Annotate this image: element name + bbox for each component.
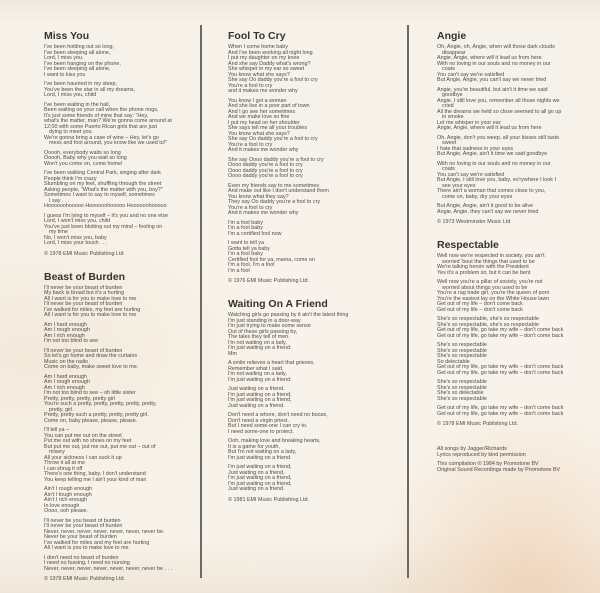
lyric-stanza: I'll never be your beast of burdenMy bac… (44, 286, 194, 319)
lyric-stanza: With no loving in our souls and no money… (437, 162, 597, 201)
lyric-line: I want to kiss you (44, 73, 194, 79)
lyric-line: But Angie, Angie, you can't say we never… (437, 78, 597, 84)
song-block: Waiting On A FriendWatching girls go pas… (228, 298, 393, 503)
lyric-line: Lord, I miss your touch . . . (44, 241, 194, 247)
lyric-line: I'm a certified fool now (228, 232, 393, 238)
lyric-stanza: She's so respectable, she's so respectab… (437, 317, 597, 339)
lyric-line: Get out of my life, go take my wife – do… (437, 371, 597, 377)
lyric-line: Come on, baby please, please, please. (44, 419, 194, 425)
lyric-stanza: I've been walking Central Park, singing … (44, 171, 194, 210)
song-title: Respectable (437, 239, 597, 251)
lyric-line: You keep telling me I ain't your kind of… (44, 478, 194, 484)
lyric-line: All I want is for you to make love to me (44, 313, 194, 319)
lyric-stanza: Ooh, making love and breaking hearts,It … (228, 439, 393, 461)
lyric-stanza: I've been haunted in my sleep,You've bee… (44, 82, 194, 99)
lyric-line: Come on baby, make sweet love to me. (44, 365, 194, 371)
lyric-stanza: I've been holding out so long,I've been … (44, 45, 194, 78)
lyric-line: and it makes me wonder why (228, 89, 393, 95)
lyric-stanza: But Angie, Angie, ain't it good to be al… (437, 204, 597, 215)
column-divider (407, 25, 409, 578)
credits-paragraph: This compilation ℗ 1984 by Promotone BVO… (437, 462, 597, 473)
lyric-stanza: I guess I'm lying to myself – it's you a… (44, 214, 194, 247)
credits-line: Lyrics reproduced by kind permission (437, 453, 597, 459)
lyric-line: Just waiting on a friend. (228, 487, 393, 493)
lyric-stanza: Just waiting on a friend.I'm just waitin… (228, 387, 393, 409)
lyric-line: Angie, Angie, they can't say we never tr… (437, 210, 597, 216)
lyric-stanza: Ooooh, everybody waits so longOoooh, Bab… (44, 151, 194, 168)
lyric-line: I need some-one to protect. (228, 430, 393, 436)
lyric-line: I'm just waiting on a friend. (228, 456, 393, 462)
lyric-stanza: A smile relieves a heart that grieves,Re… (228, 361, 393, 383)
lyric-stanza: When I come home babyAnd I've been worki… (228, 45, 393, 95)
lyric-stanza: Oh, Angie, oh, Angie, when will those da… (437, 45, 597, 84)
song-block: Miss YouI've been holding out so long,I'… (44, 30, 194, 257)
column-divider (200, 25, 202, 578)
lyric-stanza: Ain't I rough enoughAin't I tough enough… (44, 487, 194, 515)
song-title: Waiting On A Friend (228, 298, 393, 310)
lyric-stanza: She's so respectableShe's so respectable… (437, 343, 597, 376)
song-title: Beast of Burden (44, 271, 194, 283)
lyric-line: Angie, Angie, where will it lead us from… (437, 126, 597, 132)
lyric-line: Oooo daddy you're a fool to cry (228, 174, 393, 180)
lyric-line: I'm just waiting on a friend. (228, 378, 393, 384)
lyric-stanza: Am I hard enoughAm I rough enoughAm I ri… (44, 323, 194, 345)
lyric-line: Never, never, never, never, never, never… (44, 567, 194, 573)
copyright-notice: © 1976 EMI Music Publishing Ltd. (228, 278, 393, 284)
lyric-line: Lord, I miss you, child (44, 93, 194, 99)
lyric-line: come on, baby, dry your eyes (437, 195, 597, 201)
copyright-notice: © 1981 EMI Music Publishing Ltd. (228, 497, 393, 503)
lyric-stanza: I'm a fool babyI'm a fool babyI'm a cert… (228, 221, 393, 238)
lyric-stanza: Watching girls go passing by it ain't th… (228, 313, 393, 357)
copyright-notice: © 1973 Westminster Music Ltd (437, 219, 597, 225)
lyric-stanza: Don't need a whore, don't need no booze,… (228, 413, 393, 435)
lyric-stanza: Oh, Angie, don't you weep, all your kiss… (437, 136, 597, 158)
lyric-line: All I want is you to make love to me. (44, 546, 194, 552)
lyric-stanza: I'm just waiting on a friend,Just waitin… (228, 465, 393, 493)
credits-paragraph: All songs by Jagger/RichardsLyrics repro… (437, 447, 597, 458)
song-block: RespectableWell now we're respected in s… (437, 239, 597, 427)
lyric-stanza: Am I hard enoughAm I rough enoughAm I ri… (44, 375, 194, 425)
lyric-line: Get out of my life, go take my wife – do… (437, 334, 597, 340)
lyric-stanza: I've been waiting in the hall,Been waiti… (44, 103, 194, 147)
column-2: Fool To CryWhen I come home babyAnd I've… (228, 30, 393, 517)
lyric-line: Mm (228, 352, 393, 358)
lyric-line: Yes it's a problem sir, but it can be be… (437, 271, 597, 277)
credits-line: Original Sound Recordings made by Promot… (437, 468, 597, 474)
lyric-stanza: She's so respectableShe's so respectable… (437, 380, 597, 402)
lyric-stanza: Get out of my life, go take my wife – do… (437, 406, 597, 417)
lyric-stanza: Angie, you're beautiful, but ain't it ti… (437, 88, 597, 132)
song-block: Beast of BurdenI'll never be your beast … (44, 271, 194, 583)
copyright-notice: © 1978 EMI Music Publishing Ltd. (437, 421, 597, 427)
lyric-stanza: Well now you're a pillar of society, you… (437, 280, 597, 313)
lyric-stanza: I don't need no beast of burdenI need no… (44, 556, 194, 573)
lyric-stanza: You know I got a womanAnd she live in a … (228, 99, 393, 154)
lyric-line: Won't you come on, come home! (44, 162, 194, 168)
lyric-stanza: I'll never be you beast of burdenI'll ne… (44, 519, 194, 552)
song-block: Fool To CryWhen I come home babyAnd I've… (228, 30, 393, 284)
lyric-stanza: Even my friends say to me sometimesAnd m… (228, 184, 393, 217)
lyric-line: And it makes me wonder why (228, 148, 393, 154)
lyric-stanza: She say Oooo daddy you're a fool to cryO… (228, 158, 393, 180)
lyric-line: Hoooooohooooo Hoooooohooooo Hoooooohoooo… (44, 204, 194, 210)
lyric-stanza: I'll tell ya –You can put me out on the … (44, 428, 194, 483)
lyric-line: Just waiting on a friend. (228, 404, 393, 410)
copyright-notice: © 1978 EMI Music Publishing Ltd (44, 251, 194, 257)
lyric-line: Oooo, ooh please. (44, 509, 194, 515)
lyric-line: I'm not too blind to see (44, 339, 194, 345)
lyric-stanza: Well now we're respected in society, you… (437, 254, 597, 276)
song-title: Fool To Cry (228, 30, 393, 42)
lyric-line: But Angie, Angie, ain't it time we said … (437, 152, 597, 158)
song-title: Angie (437, 30, 597, 42)
copyright-notice: © 1978 EMI Music Publishing Ltd. (44, 576, 194, 582)
lyric-line: Get out of my life, go take my wife – do… (437, 412, 597, 418)
lyric-line: I'm a fool (228, 269, 393, 275)
column-1: Miss YouI've been holding out so long,I'… (44, 30, 194, 593)
lyric-stanza: I'll never be your beast of burdenSo let… (44, 349, 194, 371)
lyric-stanza: I want to tell yaGotta tell ya babyI'm a… (228, 241, 393, 274)
lyric-line: mess and fool around, you know like we u… (44, 141, 194, 147)
lyric-line: Get out of my life – don't come back (437, 308, 597, 314)
song-block: AngieOh, Angie, oh, Angie, when will tho… (437, 30, 597, 225)
lyric-line: And it makes me wonder why (228, 211, 393, 217)
credits-block: All songs by Jagger/RichardsLyrics repro… (437, 447, 597, 473)
lyric-line: She's so respectable (437, 397, 597, 403)
song-title: Miss You (44, 30, 194, 42)
column-3: AngieOh, Angie, oh, Angie, when will tho… (437, 30, 597, 477)
